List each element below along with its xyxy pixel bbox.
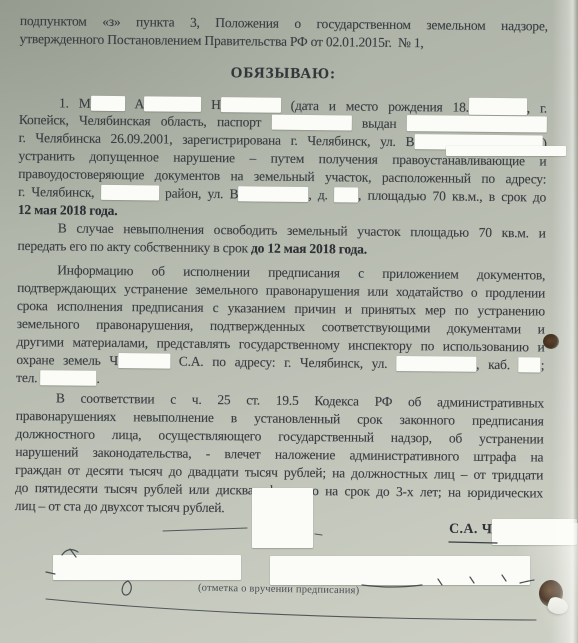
text-segment: тел. bbox=[16, 370, 41, 385]
redaction-box bbox=[238, 186, 308, 202]
redaction-patch bbox=[446, 146, 566, 156]
paragraph-vacate-clause: В случае невыполнения освободить земельн… bbox=[17, 219, 545, 261]
hole-punch bbox=[543, 334, 559, 349]
text-segment: г. Челябинска 26.09.2001, зарегистрирова… bbox=[19, 130, 415, 149]
text-segment: лиц – от ста до двухсот тысяч рублей. bbox=[15, 498, 225, 515]
text-segment: , каб. bbox=[476, 357, 519, 372]
text-segment: г. Челябинск, bbox=[18, 184, 101, 200]
intro-paragraph: подпунктом «з» пункта 3, Положения о гос… bbox=[20, 12, 548, 54]
redaction-box bbox=[407, 115, 547, 132]
text-segment: 1. М bbox=[59, 95, 91, 110]
text-segment: ; bbox=[541, 357, 545, 372]
text-segment: , г. bbox=[527, 100, 547, 115]
redaction-box bbox=[492, 519, 577, 545]
text-segment: , д. bbox=[308, 187, 334, 202]
text-segment: (дата и место рождения 18. bbox=[281, 98, 469, 115]
paragraph-reporting: Информацию об исполнении предписания с п… bbox=[16, 261, 545, 393]
paragraph-requirements: 1. М А Н (дата и место рождения 18., г.К… bbox=[18, 93, 547, 225]
redaction-box bbox=[221, 97, 281, 113]
redaction-box bbox=[252, 488, 313, 548]
text-segment: утвержденного Постановлением Правительст… bbox=[20, 31, 424, 50]
redaction-box bbox=[144, 96, 201, 112]
text-segment: 12 мая 2018 года. bbox=[18, 202, 118, 218]
text-segment: Н bbox=[201, 97, 221, 112]
text-segment: , площадью 70 кв.м., в срок до bbox=[358, 188, 546, 205]
redaction-box bbox=[91, 96, 125, 111]
text-segment: охране земель Ч bbox=[16, 352, 118, 368]
text-segment: до 12 мая 2018 года. bbox=[251, 240, 367, 256]
text-segment: передать его по акту собственнику в срок bbox=[17, 238, 251, 255]
redaction-box bbox=[396, 356, 476, 372]
redaction-box bbox=[270, 556, 530, 585]
redaction-box bbox=[272, 115, 352, 131]
text-segment: район, ул. В bbox=[159, 185, 239, 201]
redaction-box bbox=[40, 370, 96, 386]
short-rule-line bbox=[163, 528, 247, 531]
redaction-box bbox=[118, 353, 170, 369]
bottom-rule-line bbox=[46, 599, 536, 620]
obligate-heading: ОБЯЗЫВАЮ: bbox=[19, 61, 547, 87]
text-segment: . bbox=[96, 371, 99, 386]
redaction-box bbox=[469, 98, 527, 116]
redaction-box bbox=[101, 185, 159, 201]
signature-underline bbox=[449, 542, 497, 543]
scanned-document-page: подпунктом «з» пункта 3, Положения о гос… bbox=[0, 0, 578, 643]
delivery-note-caption: (отметка о вручении предписания) bbox=[198, 583, 359, 597]
text-segment: выдан bbox=[352, 115, 407, 131]
paper-fold-edge bbox=[552, 0, 578, 643]
text-segment: Копейск, Челябинская область, паспорт bbox=[19, 112, 272, 130]
text-segment: С.А. по адресу: г. Челябинск, ул. bbox=[170, 354, 396, 371]
paper-curl bbox=[546, 595, 570, 617]
redaction-box bbox=[334, 187, 358, 202]
redaction-box bbox=[519, 357, 541, 372]
text-segment: А bbox=[125, 96, 145, 111]
redaction-box bbox=[53, 555, 241, 580]
document-text-block: подпунктом «з» пункта 3, Положения о гос… bbox=[15, 12, 548, 521]
inspector-signature-name: С.А. Ч bbox=[449, 522, 493, 539]
